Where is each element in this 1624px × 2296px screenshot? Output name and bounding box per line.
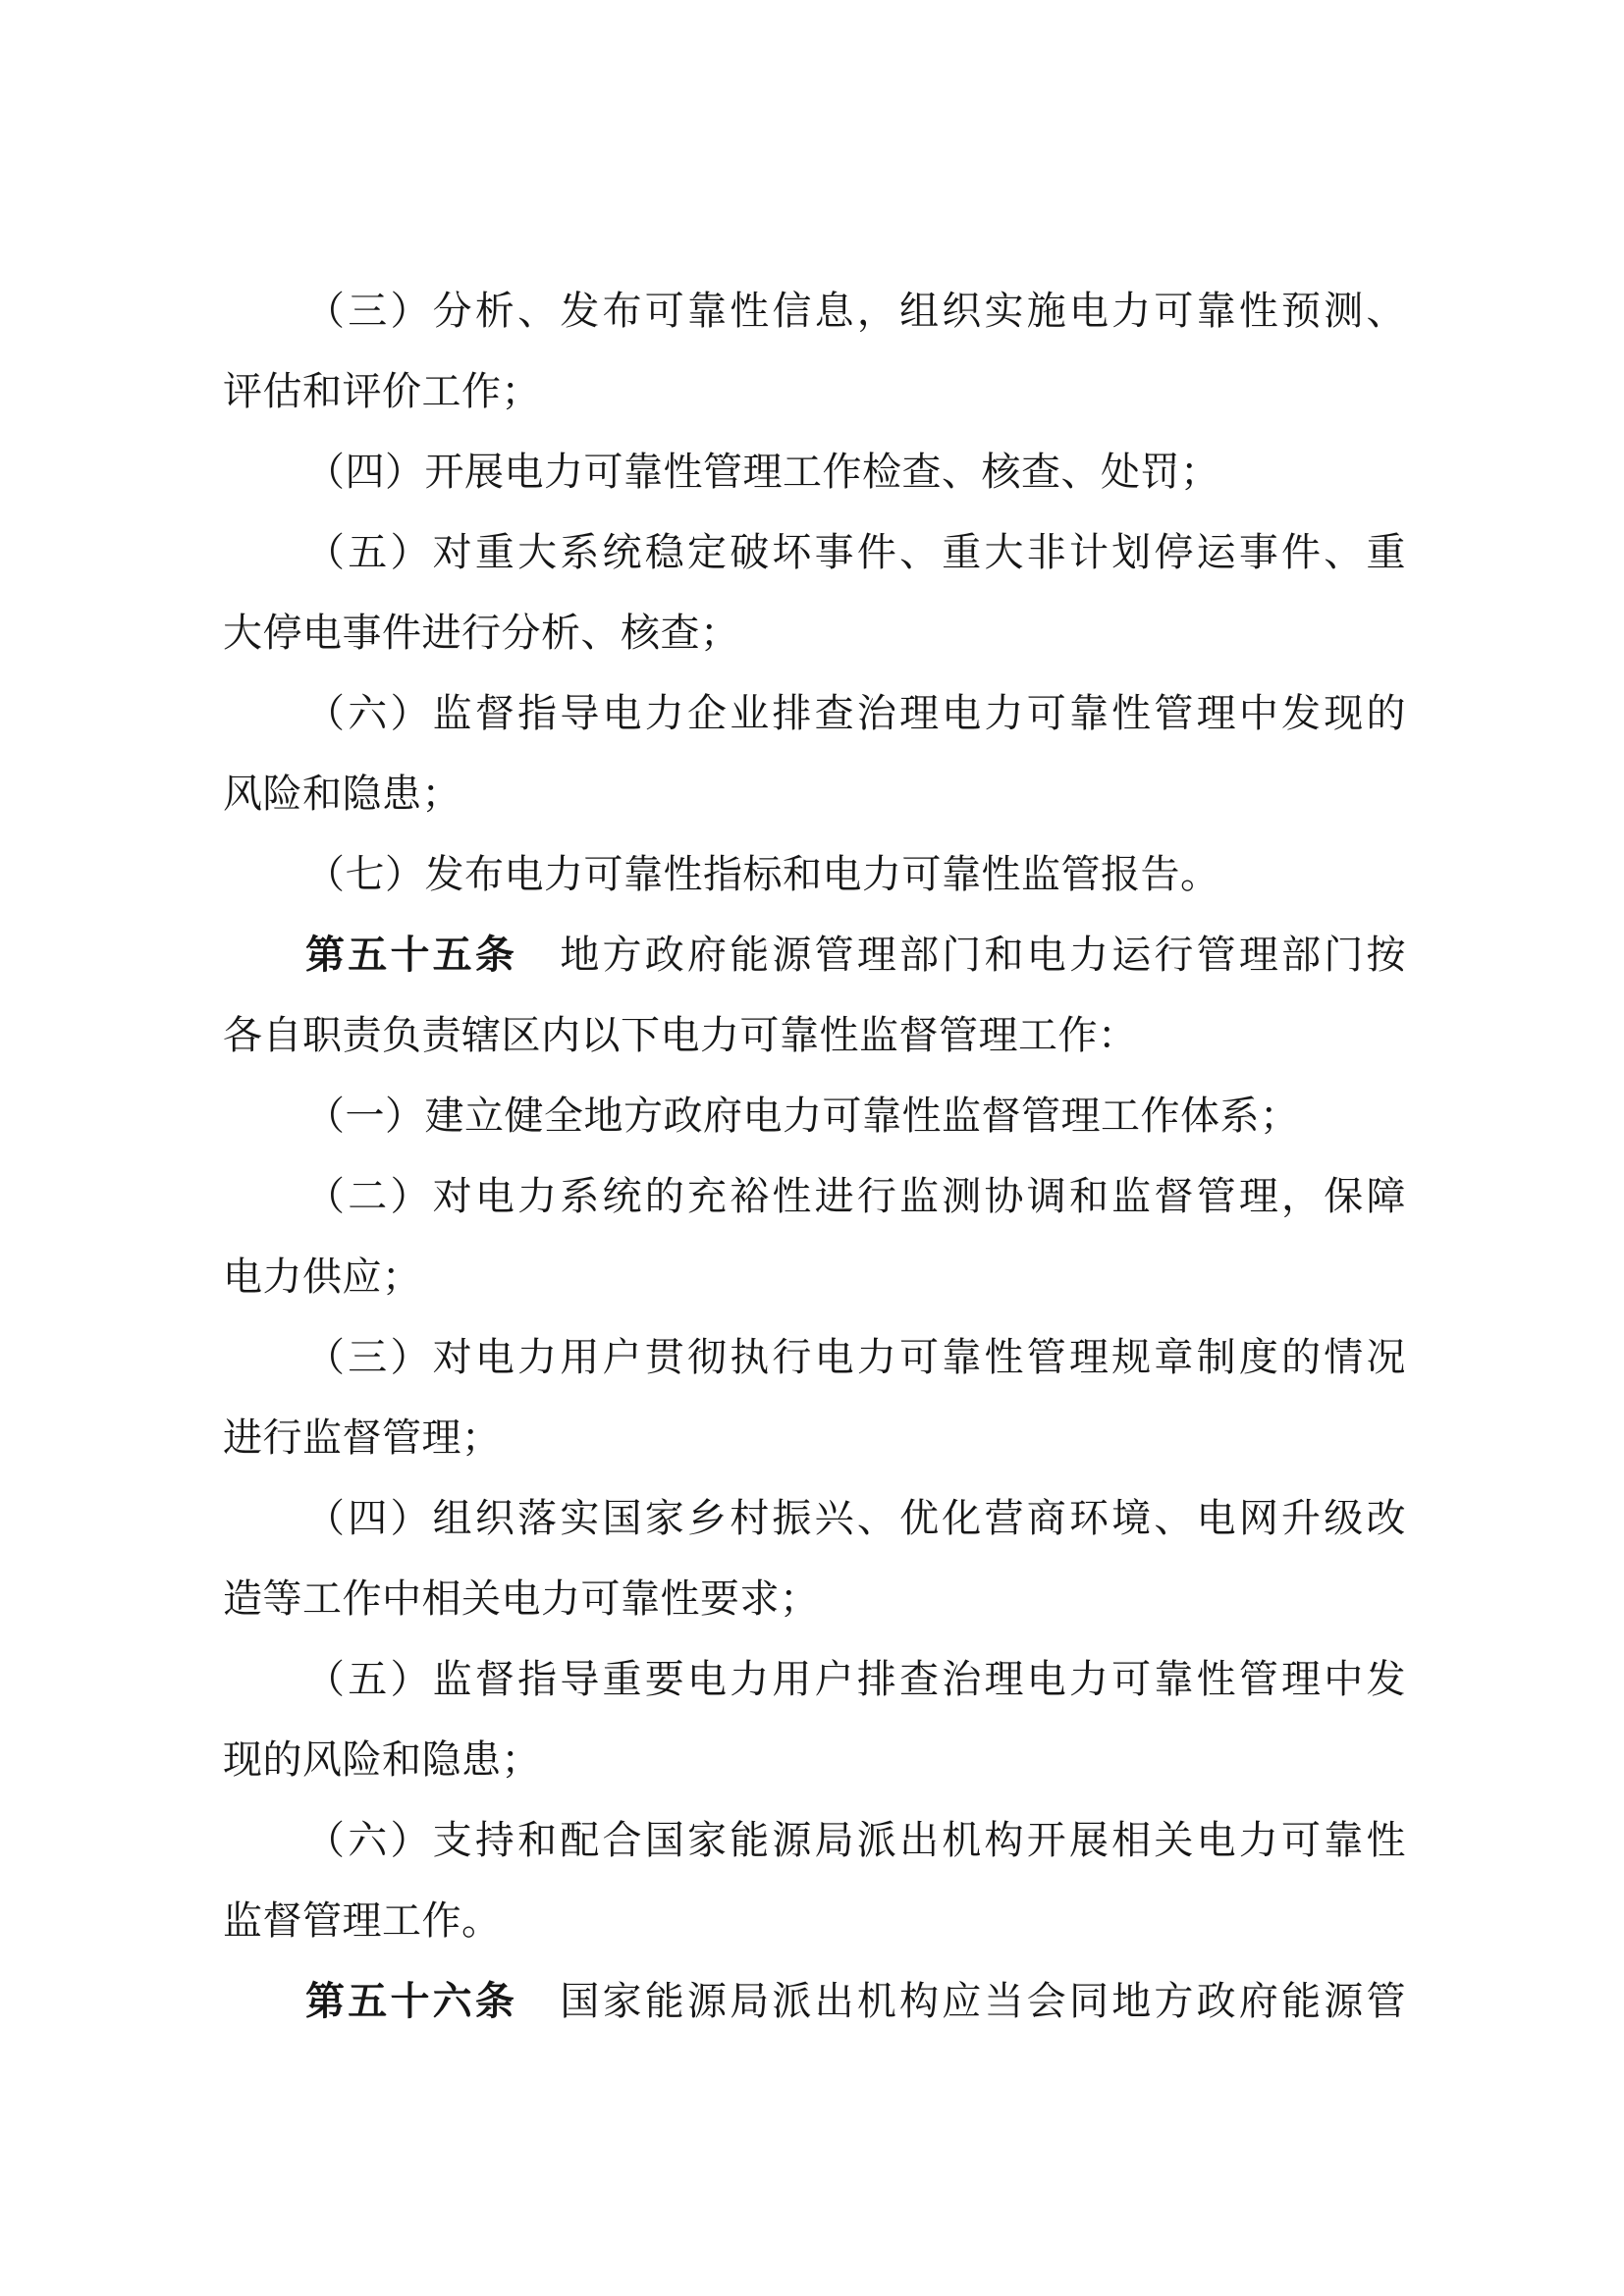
text-segment: 风险和隐患；: [223, 772, 461, 816]
text-line: （三）对电力用户贯彻执行电力可靠性管理规章制度的情况: [223, 1317, 1406, 1398]
text-line: 大停电事件进行分析、核查；: [223, 593, 1406, 673]
text-segment: 评估和评价工作；: [223, 369, 541, 413]
text-line: （六）监督指导电力企业排查治理电力可靠性管理中发现的: [223, 673, 1406, 754]
text-line: 监督管理工作。: [223, 1881, 1406, 1961]
text-segment: （二）对电力系统的充裕性进行监测协调和监督管理，保障: [305, 1174, 1406, 1218]
text-line: （五）对重大系统稳定破坏事件、重大非计划停运事件、重: [223, 512, 1406, 593]
text-line: （七）发布电力可靠性指标和电力可靠性监管报告。: [223, 834, 1406, 915]
text-line: （四）开展电力可靠性管理工作检查、核查、处罚；: [223, 432, 1406, 512]
text-line: 造等工作中相关电力可靠性要求；: [223, 1559, 1406, 1639]
document-page: （三）分析、发布可靠性信息，组织实施电力可靠性预测、评估和评价工作；（四）开展电…: [0, 0, 1624, 2296]
text-line: 各自职责负责辖区内以下电力可靠性监督管理工作：: [223, 995, 1406, 1076]
text-line: 评估和评价工作；: [223, 351, 1406, 432]
text-segment: 监督管理工作。: [223, 1898, 502, 1943]
text-line: 第五十五条 地方政府能源管理部门和电力运行管理部门按: [223, 915, 1406, 995]
text-segment: 国家能源局派出机构应当会同地方政府能源管: [517, 1979, 1406, 2023]
text-line: 风险和隐患；: [223, 754, 1406, 834]
text-line: （一）建立健全地方政府电力可靠性监督管理工作体系；: [223, 1076, 1406, 1156]
document-text: （三）分析、发布可靠性信息，组织实施电力可靠性预测、评估和评价工作；（四）开展电…: [223, 271, 1406, 2042]
article-number-label: 第五十五条: [305, 934, 517, 977]
article-number-label: 第五十六条: [305, 1980, 517, 2023]
text-segment: 现的风险和隐患；: [223, 1737, 541, 1782]
text-line: （四）组织落实国家乡村振兴、优化营商环境、电网升级改: [223, 1478, 1406, 1559]
text-line: （二）对电力系统的充裕性进行监测协调和监督管理，保障: [223, 1156, 1406, 1237]
text-line: （三）分析、发布可靠性信息，组织实施电力可靠性预测、: [223, 271, 1406, 351]
text-segment: （六）监督指导电力企业排查治理电力可靠性管理中发现的: [305, 691, 1406, 735]
text-segment: （一）建立健全地方政府电力可靠性监督管理工作体系；: [305, 1094, 1300, 1138]
text-line: 进行监督管理；: [223, 1398, 1406, 1478]
text-segment: 地方政府能源管理部门和电力运行管理部门按: [517, 933, 1406, 977]
text-segment: （三）对电力用户贯彻执行电力可靠性管理规章制度的情况: [305, 1335, 1406, 1379]
text-segment: 电力供应；: [223, 1255, 422, 1299]
text-line: 电力供应；: [223, 1237, 1406, 1317]
text-line: 现的风险和隐患；: [223, 1720, 1406, 1800]
text-segment: （四）开展电力可靠性管理工作检查、核查、处罚；: [305, 450, 1220, 494]
text-line: 第五十六条 国家能源局派出机构应当会同地方政府能源管: [223, 1961, 1406, 2042]
text-segment: （四）组织落实国家乡村振兴、优化营商环境、电网升级改: [305, 1496, 1406, 1540]
text-segment: （六）支持和配合国家能源局派出机构开展相关电力可靠性: [305, 1818, 1406, 1862]
text-segment: （五）对重大系统稳定破坏事件、重大非计划停运事件、重: [305, 530, 1406, 574]
text-segment: 各自职责负责辖区内以下电力可靠性监督管理工作：: [223, 1013, 1138, 1057]
text-segment: （五）监督指导重要电力用户排查治理电力可靠性管理中发: [305, 1657, 1406, 1701]
text-segment: 大停电事件进行分析、核查；: [223, 611, 740, 655]
text-segment: （三）分析、发布可靠性信息，组织实施电力可靠性预测、: [305, 289, 1406, 333]
text-line: （五）监督指导重要电力用户排查治理电力可靠性管理中发: [223, 1639, 1406, 1720]
text-segment: 造等工作中相关电力可靠性要求；: [223, 1576, 820, 1621]
text-segment: （七）发布电力可靠性指标和电力可靠性监管报告。: [305, 852, 1220, 896]
text-line: （六）支持和配合国家能源局派出机构开展相关电力可靠性: [223, 1800, 1406, 1881]
text-segment: 进行监督管理；: [223, 1415, 502, 1460]
